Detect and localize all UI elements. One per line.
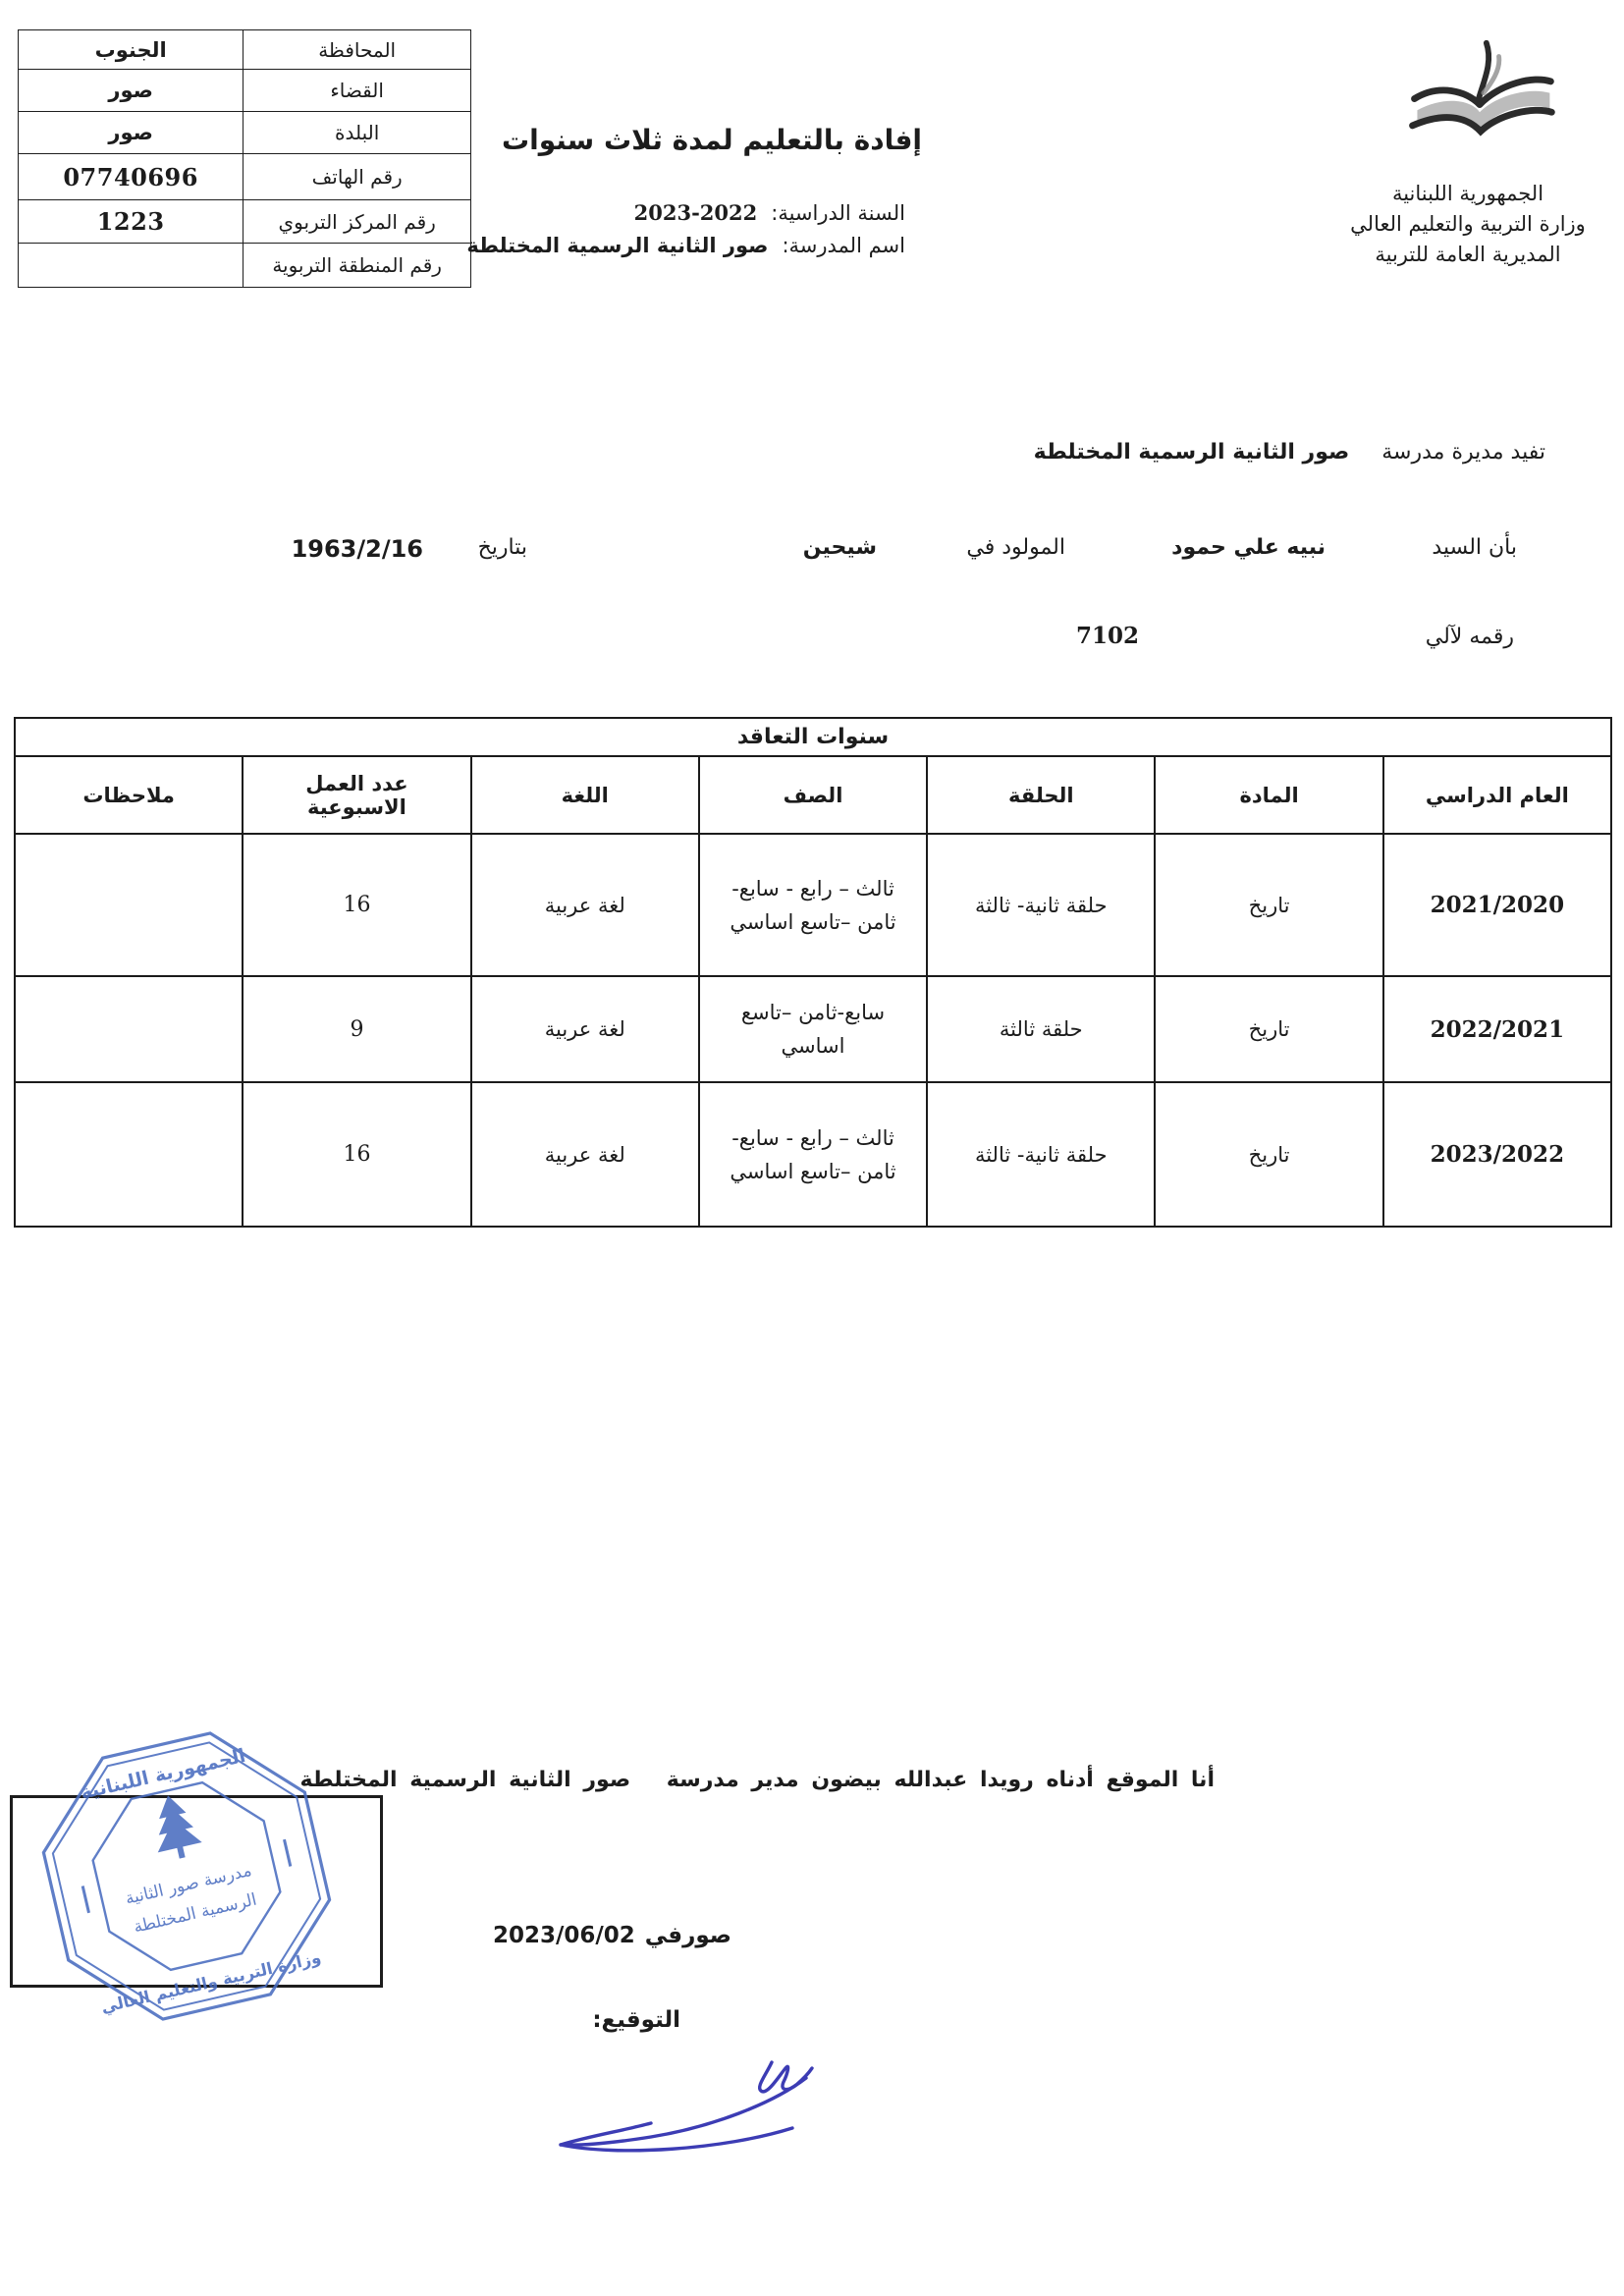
person-name: نبيه علي حمود [1171,535,1326,560]
certify-line: تفيد مديرة مدرسة صور الثانية الرسمية الم… [1034,440,1545,465]
on-date-label: بتاريخ [478,535,527,560]
col-header-hours: عدد العمل الاسبوعية [243,756,470,834]
school-name-value: صور الثانية الرسمية المختلطة [466,234,768,257]
col-header-grade: الصف [699,756,927,834]
cell-grade: ثالث – رابع - سابع-ثامن –تاسع اساسي [699,1082,927,1227]
center-number: 1223 [19,200,244,244]
school-year-label: السنة الدراسية: [771,201,905,225]
cell-grade: ثالث – رابع - سابع-ثامن –تاسع اساسي [699,834,927,976]
certify-prefix: تفيد مديرة مدرسة [1381,440,1545,465]
certify-school-name: صور الثانية الرسمية المختلطة [1034,440,1350,465]
auto-number-label: رقمه لآلي [1426,625,1514,649]
cell-language: لغة عربية [471,1082,699,1227]
school-name-label: اسم المدرسة: [782,234,905,257]
cell-hours: 16 [243,1082,470,1227]
table-header-row: العام الدراسي المادة الحلقة الصف اللغة ع… [15,756,1611,834]
table-caption-row: سنوات التعاقد [15,718,1611,756]
table-row: البلدة صور [19,112,471,154]
auto-number: 7102 [1076,623,1139,649]
cell-notes [15,834,243,976]
table-row: المحافظة الجنوب [19,30,471,70]
table-row: 2023/2022 تاريخ حلقة ثانية- ثالثة ثالث –… [15,1082,1611,1227]
cell-subject: تاريخ [1155,834,1382,976]
birthplace: شيحين [803,535,877,560]
cell-cycle: حلقة ثالثة [927,976,1155,1082]
place-date-line: صورفي2023/06/02 [493,1923,731,1948]
cell-language: لغة عربية [471,976,699,1082]
cell-notes [15,976,243,1082]
info-label: المحافظة [244,30,471,70]
republic-line: الجمهورية اللبنانية [1326,179,1610,209]
declaration-prefix: أنا الموقع أدناه رويدا عبدالله بيضون مدي… [667,1768,1215,1792]
info-value: صور [19,70,244,112]
table-row: 2021/2020 تاريخ حلقة ثانية- ثالثة ثالث –… [15,834,1611,976]
cell-subject: تاريخ [1155,976,1382,1082]
cell-notes [15,1082,243,1227]
cell-subject: تاريخ [1155,1082,1382,1227]
table-row: رقم المنطقة التربوية [19,244,471,288]
school-year-value: 2023-2022 [634,200,758,225]
cell-year: 2022/2021 [1383,976,1611,1082]
directorate-line: المديرية العامة للتربية [1326,240,1610,270]
cell-cycle: حلقة ثانية- ثالثة [927,1082,1155,1227]
scanned-certificate-page: { "info_table": { "rows": [ {"label": "ا… [0,0,1624,2296]
official-stamp-icon: الجمهورية اللبنانية مدرسة صور الثانية ال… [24,1726,350,2027]
table-row: القضاء صور [19,70,471,112]
birthdate: 1963/2/16 [292,535,423,563]
col-header-year: العام الدراسي [1383,756,1611,834]
signature-label: التوقيع: [592,2007,680,2033]
signature-icon [540,2035,844,2153]
info-value [19,244,244,288]
col-header-notes: ملاحظات [15,756,243,834]
cell-grade: سابع-ثامن –تاسع اساسي [699,976,927,1082]
info-label: رقم الهاتف [244,154,471,200]
col-header-subject: المادة [1155,756,1382,834]
ministry-line: وزارة التربية والتعليم العالي [1326,209,1610,240]
info-label: القضاء [244,70,471,112]
cell-year: 2023/2022 [1383,1082,1611,1227]
col-header-language: اللغة [471,756,699,834]
that-mr-label: بأن السيد [1432,535,1517,560]
ministry-logo-icon [1392,35,1567,165]
born-in-label: المولود في [966,535,1065,560]
table-row: رقم المركز التربوي 1223 [19,200,471,244]
ministry-block: الجمهورية اللبنانية وزارة التربية والتعل… [1326,179,1610,270]
col-header-cycle: الحلقة [927,756,1155,834]
table-caption: سنوات التعاقد [15,718,1611,756]
info-value: الجنوب [19,30,244,70]
info-value: صور [19,112,244,154]
declaration-line: أنا الموقع أدناه رويدا عبدالله بيضون مدي… [299,1768,1215,1792]
info-label: رقم المنطقة التربوية [244,244,471,288]
page-title: إفادة بالتعليم لمدة ثلاث سنوات [417,124,1006,156]
table-row: 2022/2021 تاريخ حلقة ثالثة سابع-ثامن –تا… [15,976,1611,1082]
region-info-table: المحافظة الجنوب القضاء صور البلدة صور رق… [18,29,471,288]
cell-hours: 9 [243,976,470,1082]
cell-cycle: حلقة ثانية- ثالثة [927,834,1155,976]
issue-date: 2023/06/02 [493,1923,635,1948]
cell-year: 2021/2020 [1383,834,1611,976]
cell-hours: 16 [243,834,470,976]
school-year-line: السنة الدراسية:2023-2022 [634,196,905,230]
table-row: رقم الهاتف 07740696 [19,154,471,200]
place-label: صورفي [645,1923,731,1948]
info-label: رقم المركز التربوي [244,200,471,244]
phone-number: 07740696 [19,154,244,200]
contract-years-table: سنوات التعاقد العام الدراسي المادة الحلق… [14,717,1612,1228]
cell-language: لغة عربية [471,834,699,976]
school-name-line: اسم المدرسة:صور الثانية الرسمية المختلطة [466,229,905,262]
